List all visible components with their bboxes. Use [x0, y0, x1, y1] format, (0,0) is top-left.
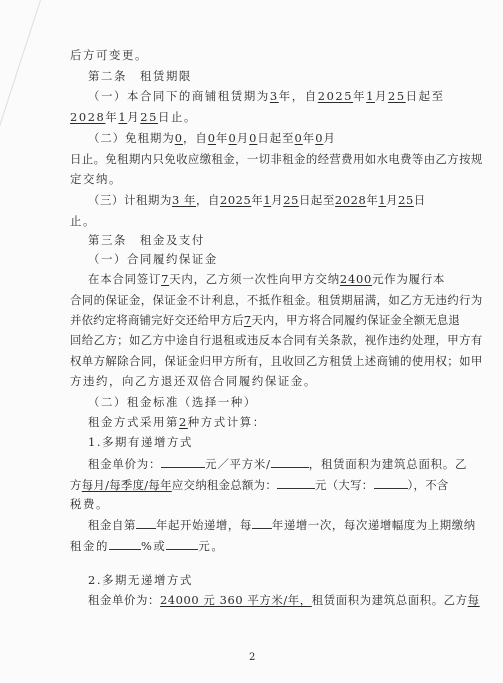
document-page: 后方可变更。 第二条 租赁期限 （一）本合同下的商铺租赁期为3年，自2025年1… [0, 0, 503, 683]
filled-value: 0 [228, 131, 236, 145]
text: 年起开始递增，每 [156, 518, 252, 532]
article-3-title: 第三条 租金及支付 [88, 233, 434, 247]
blank-field [161, 456, 205, 468]
filled-value: 25 [140, 110, 158, 124]
blank-field [166, 538, 198, 550]
text: 租金单价为： [88, 593, 160, 607]
text: %或 [141, 539, 166, 553]
filled-value: 25 [283, 193, 299, 207]
option-1-line: 租金的%或元。 [70, 538, 434, 553]
option-1-line: 租金单价为：元／平方米/，租赁面积为建筑总面积。乙 [88, 456, 434, 471]
text-line: 止。 [70, 214, 434, 228]
filled-value: 1 [378, 193, 386, 207]
text: 种方式计算： [188, 415, 266, 429]
filled-value: 2400 [340, 272, 372, 286]
text: ，租赁面积为建筑总面积。乙 [309, 457, 467, 471]
text: 日起至 [257, 131, 294, 145]
blank-field [271, 456, 309, 468]
text: 日起至 [406, 89, 445, 103]
text: 年 [366, 193, 378, 207]
text: 年 [251, 193, 263, 207]
text: （二）免租期为 [88, 131, 175, 145]
filled-value: 1 [118, 110, 127, 124]
text: 并依约定将商铺完好交还给甲方后 [70, 313, 244, 327]
filled-value: 1 [366, 89, 375, 103]
text: ，自 [183, 131, 208, 145]
filled-value: 2028 [335, 193, 366, 207]
filled-value: 25 [388, 89, 406, 103]
text: 月 [323, 131, 335, 145]
text: 年 [105, 110, 118, 124]
text: ），不含 [408, 478, 449, 492]
text: （一）本合同下的商铺租赁期为 [88, 89, 270, 103]
filled-value: 24000 元 360 平方米/年， [160, 593, 312, 607]
filled-value: 0 [208, 131, 216, 145]
option-2-title: 2.多期无递增方式 [88, 573, 434, 587]
option-2-line: 租金单价为：24000 元 360 平方米/年，租赁面积为建筑总面积。乙方每 [88, 593, 434, 607]
text: 在本合同签订 [88, 272, 161, 286]
section-3-2-title: （二）租金标准（选择一种） [88, 395, 434, 409]
text: 元作为履行本 [372, 272, 445, 286]
text-line: 并依约定将商铺完好交还给甲方后7天内，甲方将合同履约保证金全额无息退 [70, 313, 434, 327]
text: 元（大写： [315, 478, 373, 492]
text: 年 [353, 89, 366, 103]
text-line: 后方可变更。 [70, 48, 434, 62]
text: 月 [386, 193, 398, 207]
text: 月 [237, 131, 249, 145]
text: 月 [271, 193, 283, 207]
clause-3-1: 在本合同签订7天内，乙方须一次性向甲方交纳2400元作为履行本 [88, 272, 434, 286]
text-line: 回给乙方；如乙方中途自行退租或违反本合同有关条款，视作违约处理，甲方有 [70, 333, 434, 347]
text: 元／平方米/ [205, 457, 271, 471]
blank-field [374, 477, 408, 489]
clause-2-2: （二）免租期为0，自0年0月0日起至0年0月 [88, 131, 434, 145]
page-number: 2 [249, 652, 255, 663]
text: 租金方式采用第 [88, 415, 179, 429]
section-3-1-title: （一）合同履约保证金 [88, 252, 434, 266]
text: 租赁面积为建筑总面积。乙方 [312, 593, 468, 607]
text-line: 权单方解除合同，保证金归甲方所有，且收回乙方租赁上述商铺的使用权；如甲 [70, 354, 434, 368]
blank-field [277, 477, 315, 489]
text-line: 方违约，向乙方退还双倍合同履约保证金。 [70, 374, 434, 388]
option-1-line: 租金自第年起开始递增，每年递增一次，每次递增幅度为上期缴纳 [88, 517, 434, 532]
filled-value: 2025 [318, 89, 353, 103]
blank-field [252, 517, 272, 529]
text: 方 [70, 478, 82, 492]
text: 日止。 [158, 110, 197, 124]
text-line: 合同的保证金，保证金不计利息，不抵作租金。租赁期届满，如乙方无违约行为 [70, 293, 434, 307]
clause-2-1: （一）本合同下的商铺租赁期为3年，自2025年1月25日起至 [88, 89, 434, 103]
option-1-line: 方每月/每季度/每年应交纳租金总额为：元（大写：），不含 [70, 477, 434, 492]
text-line: 定交纳。 [70, 172, 434, 186]
text: 应交纳租金总额为： [172, 478, 277, 492]
blank-field [136, 517, 156, 529]
filled-value: 2025 [220, 193, 251, 207]
filled-value: 2 [179, 415, 188, 429]
text: 天内，乙方须一次性向甲方交纳 [169, 272, 340, 286]
text: 年递增一次，每次递增幅度为上期缴纳 [272, 518, 476, 532]
text: 年 [303, 131, 315, 145]
option-1-title: 1.多期有递增方式 [88, 435, 434, 449]
text: 元。 [198, 539, 224, 553]
text: 日起至 [299, 193, 335, 207]
text: ，自 [196, 193, 220, 207]
blank-field [109, 538, 141, 550]
filled-value: 0 [175, 131, 183, 145]
filled-value: 2028 [70, 110, 105, 124]
article-2-title: 第二条 租赁期限 [88, 69, 434, 83]
rent-method-choice: 租金方式采用第2种方式计算： [88, 415, 434, 429]
filled-value: 每月/每季度/每年 [82, 478, 172, 492]
text-line: 税费。 [70, 497, 434, 511]
text: 年，自 [279, 89, 318, 103]
filled-value: 每 [468, 593, 480, 607]
clause-2-1-cont: 2028年1月25日止。 [70, 110, 434, 124]
filled-value: 3 年 [172, 193, 196, 207]
scan-artifact [0, 0, 41, 152]
text: 月 [375, 89, 388, 103]
text: 租金单价为： [88, 457, 161, 471]
text: 租金自第 [88, 518, 136, 532]
text: 天内，甲方将合同履约保证金全额无息退 [251, 313, 460, 327]
text: （三）计租期为 [88, 193, 172, 207]
text-line: 日止。免租期内只免收应缴租金，一切非租金的经营费用如水电费等由乙方按规 [70, 152, 434, 166]
filled-value: 0 [295, 131, 303, 145]
filled-value: 25 [398, 193, 414, 207]
clause-2-3: （三）计租期为3 年，自2025年1月25日起至2028年1月25日 [88, 193, 434, 207]
text: 租金的 [70, 539, 109, 553]
text: 月 [127, 110, 140, 124]
filled-value: 7 [161, 272, 169, 286]
text: 日 [414, 193, 426, 207]
filled-value: 3 [270, 89, 279, 103]
text: 年 [216, 131, 228, 145]
